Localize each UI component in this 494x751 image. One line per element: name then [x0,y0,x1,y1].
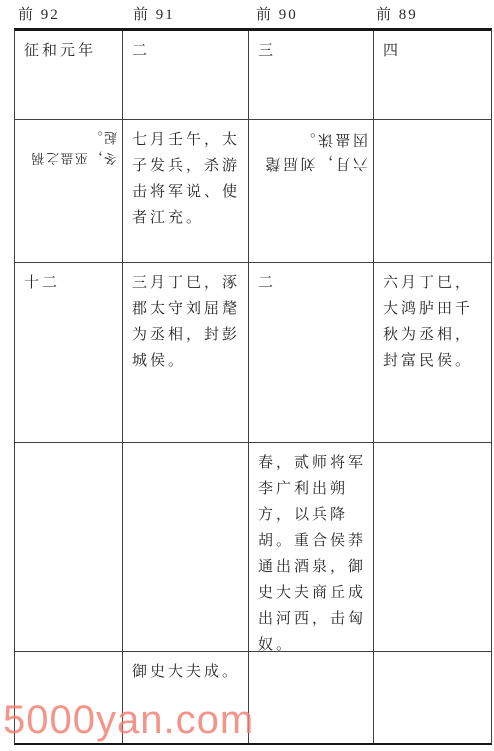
cell-bc91-campaign [123,443,249,652]
cell-bc91-era-year: 二 [123,31,249,120]
cell-bc90-censor [249,652,374,743]
cell-bc90-event: 六月，刘屈氂因蛊诛。 [249,120,374,263]
cell-bc89-censor [374,652,491,743]
chronology-table: 征和元年 二 三 四 冬，巫蛊之祸起。 七月壬午，太子发兵，杀游击将军说、使者江… [14,28,492,745]
cell-bc92-chancellor: 十二 [15,263,123,443]
year-label-bc91: 前 91 [133,3,175,24]
year-label-bc90: 前 90 [256,3,298,24]
cell-bc89-era-year: 四 [374,31,491,120]
upside-down-text-bc90: 六月，刘屈氂因蛊诛。 [258,127,368,175]
cell-bc89-event [374,120,491,263]
year-label-bc92: 前 92 [18,3,60,24]
cell-bc90-era-year: 三 [249,31,374,120]
cell-bc90-campaign: 春，贰师将军李广利出朔方，以兵降胡。重合侯莽通出酒泉，御史大夫商丘成出河西，击匈… [249,443,374,652]
cell-bc92-era-year: 征和元年 [15,31,123,120]
cell-bc90-chancellor: 二 [249,263,374,443]
cell-bc92-event: 冬，巫蛊之祸起。 [15,120,123,263]
watermark: 5000yan.com [3,698,254,743]
cell-bc89-campaign [374,443,491,652]
year-label-bc89: 前 89 [376,3,418,24]
cell-bc92-campaign [15,443,123,652]
cell-bc91-chancellor: 三月丁巳，涿郡太守刘屈氂为丞相，封彭城侯。 [123,263,249,443]
page: 前 92 前 91 前 90 前 89 征和元年 二 三 四 冬，巫蛊之祸起。 … [0,0,494,751]
cell-bc89-chancellor: 六月丁巳，大鸿胪田千秋为丞相，封富民侯。 [374,263,491,443]
cell-bc91-event: 七月壬午，太子发兵，杀游击将军说、使者江充。 [123,120,249,263]
upside-down-text-bc92: 冬，巫蛊之祸起。 [24,127,117,169]
